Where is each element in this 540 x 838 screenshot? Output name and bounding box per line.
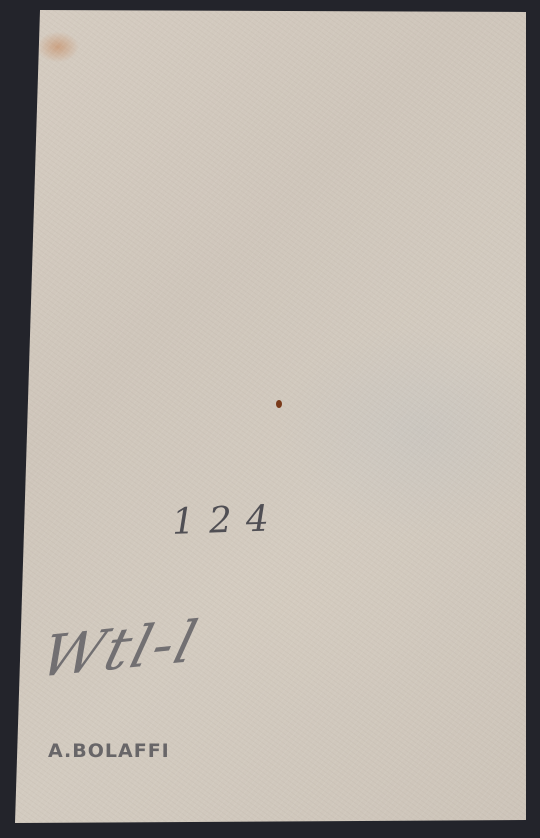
pencil-number: 124: [171, 498, 283, 543]
rust-spot: [276, 400, 282, 408]
expert-handstamp: A.BOLAFFI: [48, 740, 170, 762]
paper-texture: [0, 0, 540, 838]
stamp-reverse: 124 Wtl-l A.BOLAFFI: [0, 0, 540, 838]
